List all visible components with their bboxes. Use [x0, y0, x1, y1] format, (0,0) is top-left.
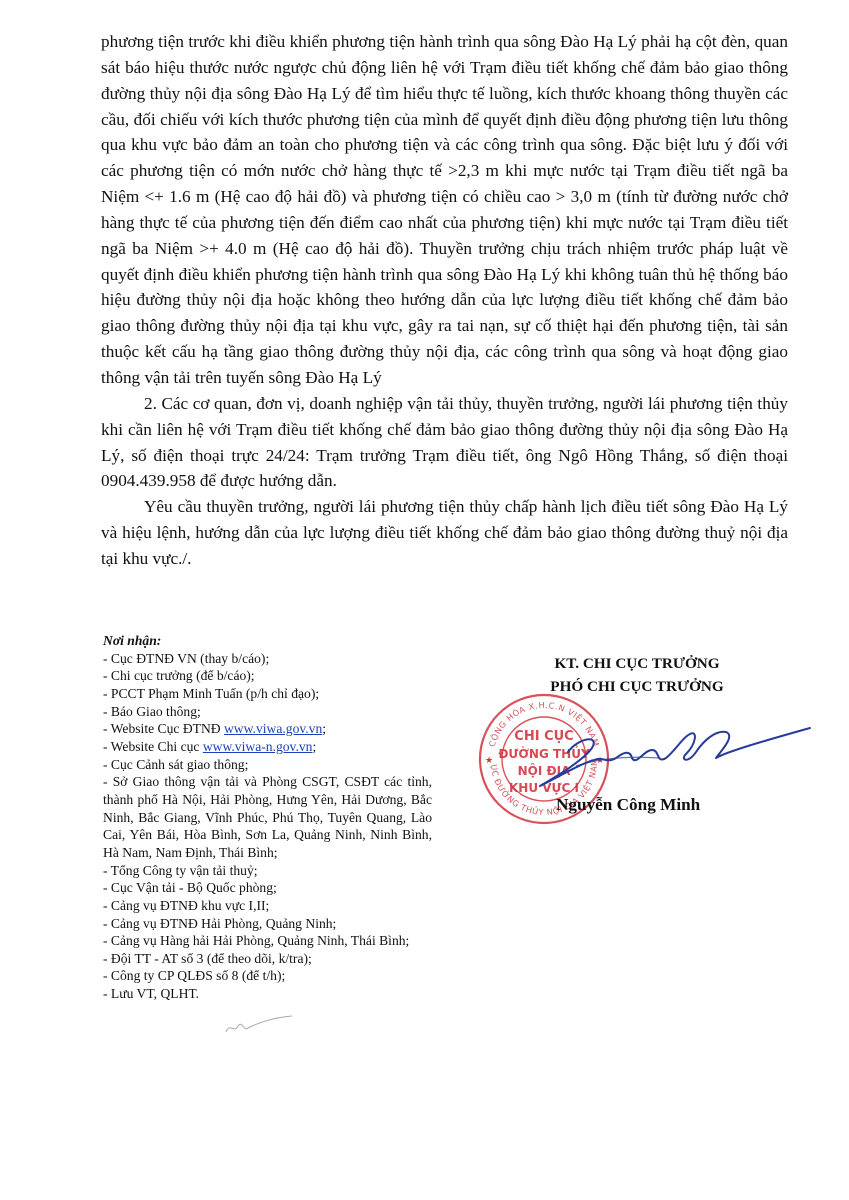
recipient-item: - Cảng vụ ĐTNĐ khu vực I,II;: [103, 897, 432, 915]
recipient-item: - Cảng vụ Hàng hải Hải Phòng, Quảng Ninh…: [103, 932, 432, 950]
recipient-item: - Website Chi cục www.viwa-n.gov.vn;: [103, 738, 432, 756]
recipient-item: - Website Cục ĐTNĐ www.viwa.gov.vn;: [103, 720, 432, 738]
svg-text:★: ★: [485, 755, 493, 765]
recipient-item: - Báo Giao thông;: [103, 703, 432, 721]
recipients-label: Nơi nhận:: [103, 632, 432, 650]
signer-name: Nguyễn Công Minh: [556, 795, 700, 815]
signature-title-line1: KT. CHI CỤC TRƯỞNG: [500, 652, 774, 675]
recipient-item: - Cảng vụ ĐTNĐ Hải Phòng, Quảng Ninh;: [103, 915, 432, 933]
website-link[interactable]: www.viwa-n.gov.vn: [203, 739, 313, 754]
recipient-item: - Công ty CP QLĐS số 8 (để t/h);: [103, 967, 432, 985]
recipient-item: - Cục Cảnh sát giao thông;: [103, 756, 432, 774]
recipient-item: - Cục Vận tải - Bộ Quốc phòng;: [103, 879, 432, 897]
recipients-block: Nơi nhận: - Cục ĐTNĐ VN (thay b/cáo);- C…: [103, 632, 432, 1003]
recipient-item: - Cục ĐTNĐ VN (thay b/cáo);: [103, 650, 432, 668]
recipient-item: - PCCT Phạm Minh Tuấn (p/h chỉ đạo);: [103, 685, 432, 703]
handwritten-signature-icon: [520, 700, 820, 800]
recipient-item: - Lưu VT, QLHT.: [103, 985, 432, 1003]
initials-mark-icon: [224, 1014, 294, 1038]
recipients-list: - Cục ĐTNĐ VN (thay b/cáo);- Chi cục trư…: [103, 650, 432, 1003]
recipient-item: - Đội TT - AT số 3 (để theo dõi, k/tra);: [103, 950, 432, 968]
website-link[interactable]: www.viwa.gov.vn: [224, 721, 322, 736]
recipient-item: - Chi cục trưởng (để b/cáo);: [103, 667, 432, 685]
recipient-item: - Tổng Công ty vận tải thuỷ;: [103, 862, 432, 880]
paragraph-2-contact: 2. Các cơ quan, đơn vị, doanh nghiệp vận…: [101, 391, 788, 494]
paragraph-3-request: Yêu cầu thuyền trưởng, người lái phương …: [101, 494, 788, 572]
paragraph-1: phương tiện trước khi điều khiển phương …: [101, 29, 788, 391]
recipient-item: - Sở Giao thông vận tải và Phòng CSGT, C…: [103, 773, 432, 861]
document-body: phương tiện trước khi điều khiển phương …: [101, 29, 788, 572]
